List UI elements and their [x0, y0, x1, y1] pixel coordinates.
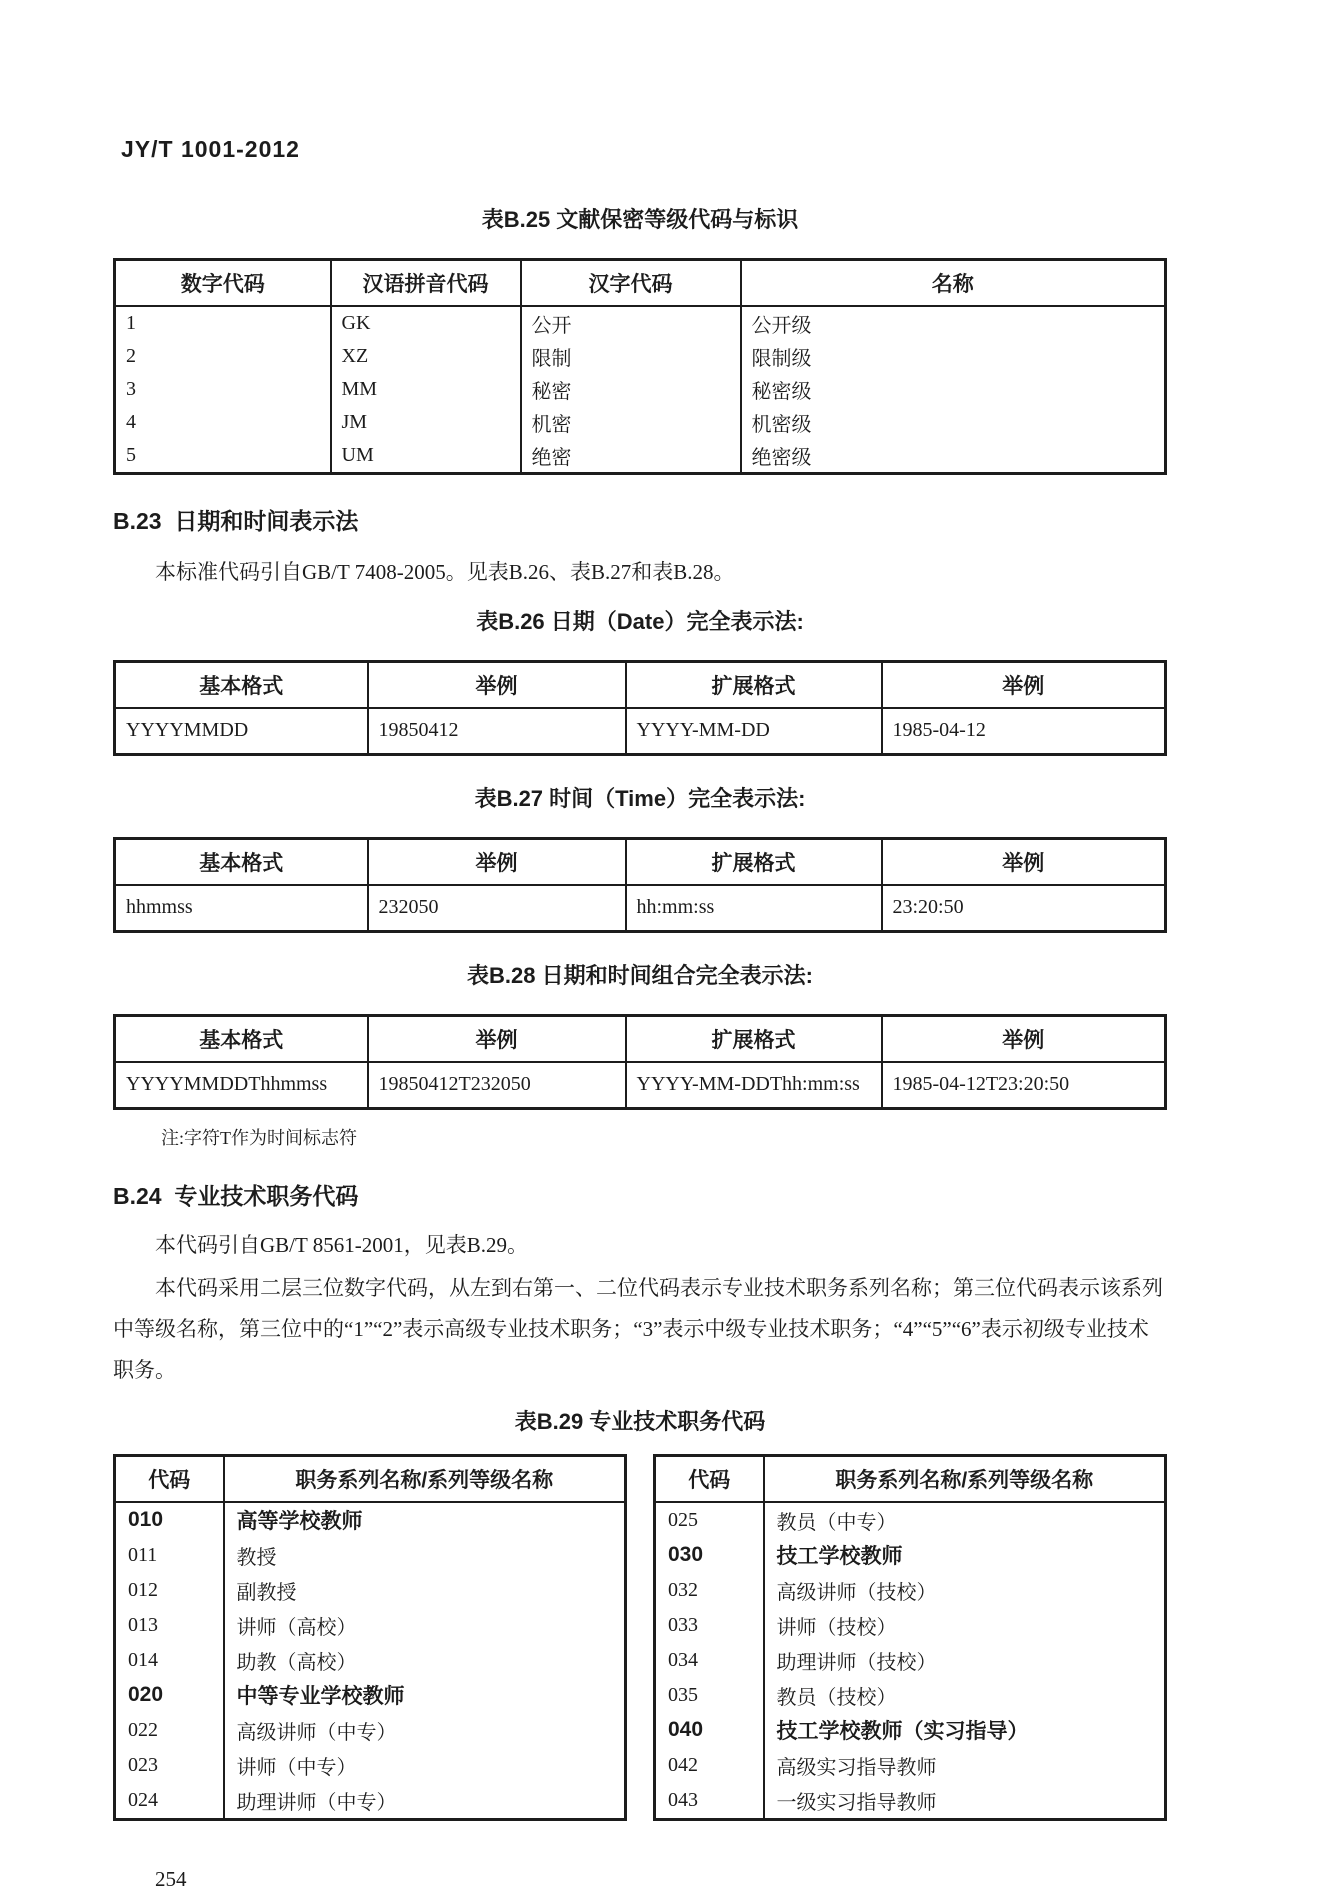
table-row: 023 讲师（中专） [115, 1748, 626, 1783]
table-cell: 公开级 [741, 306, 1166, 340]
table-row: 010 高等学校教师 [115, 1502, 626, 1538]
table-cell: 024 [115, 1783, 224, 1820]
table-cell: 023 [115, 1748, 224, 1783]
section-heading-b24: B.24 专业技术职务代码 [113, 1178, 1167, 1211]
table-b28: 基本格式 举例 扩展格式 举例 YYYYMMDDThhmmss 19850412… [113, 1014, 1167, 1110]
table-row: 012 副教授 [115, 1573, 626, 1608]
table-cell: 040 [655, 1713, 764, 1748]
table-cell: 19850412 [368, 708, 626, 755]
column-header: 数字代码 [115, 260, 331, 307]
table-b28-title: 表B.28 日期和时间组合完全表示法: [113, 959, 1167, 990]
table-row: 4 JM 机密 机密级 [115, 406, 1166, 439]
table-cell: 1985-04-12 [882, 708, 1166, 755]
table-row: 014 助教（高校） [115, 1643, 626, 1678]
table-cell: 022 [115, 1713, 224, 1748]
table-cell: 23:20:50 [882, 885, 1166, 932]
table-cell: 033 [655, 1608, 764, 1643]
table-cell: 中等专业学校教师 [224, 1678, 626, 1713]
table-cell: 教授 [224, 1538, 626, 1573]
table-row: 3 MM 秘密 秘密级 [115, 373, 1166, 406]
table-cell: 3 [115, 373, 331, 406]
table-cell: 限制 [521, 340, 741, 373]
table-row: 2 XZ 限制 限制级 [115, 340, 1166, 373]
column-header: 基本格式 [115, 838, 368, 885]
table-cell: YYYYMMDDThhmmss [115, 1062, 368, 1109]
table-cell: 034 [655, 1643, 764, 1678]
column-header: 举例 [368, 661, 626, 708]
column-header: 基本格式 [115, 1015, 368, 1062]
table-cell: 032 [655, 1573, 764, 1608]
column-header: 代码 [115, 1455, 224, 1502]
doc-number: JY/T 1001-2012 [121, 136, 1167, 163]
table-cell: 公开 [521, 306, 741, 340]
table-row: 033 讲师（技校） [655, 1608, 1166, 1643]
table-row: hhmmss 232050 hh:mm:ss 23:20:50 [115, 885, 1166, 932]
table-b29-right: 代码 职务系列名称/系列等级名称 025 教员（中专） 030 技工学校教师 0… [653, 1454, 1167, 1821]
table-row: 025 教员（中专） [655, 1502, 1166, 1538]
column-header: 举例 [882, 1015, 1166, 1062]
page-number: 254 [155, 1867, 1167, 1892]
table-cell: YYYY-MM-DDThh:mm:ss [626, 1062, 882, 1109]
column-header: 汉字代码 [521, 260, 741, 307]
table-row: 043 一级实习指导教师 [655, 1783, 1166, 1820]
table-row: 020 中等专业学校教师 [115, 1678, 626, 1713]
table-cell: JM [331, 406, 521, 439]
column-header: 名称 [741, 260, 1166, 307]
table-cell: 机密 [521, 406, 741, 439]
table-cell: 高级实习指导教师 [764, 1748, 1166, 1783]
table-cell: 5 [115, 439, 331, 474]
table-cell: 助理讲师（技校） [764, 1643, 1166, 1678]
table-row: YYYYMMDD 19850412 YYYY-MM-DD 1985-04-12 [115, 708, 1166, 755]
table-cell: 机密级 [741, 406, 1166, 439]
table-cell: 高等学校教师 [224, 1502, 626, 1538]
table-cell: 010 [115, 1502, 224, 1538]
table-b29: 代码 职务系列名称/系列等级名称 010 高等学校教师 011 教授 012 副… [113, 1454, 1167, 1821]
table-cell: 232050 [368, 885, 626, 932]
table-b25-title: 表B.25 文献保密等级代码与标识 [113, 203, 1167, 234]
table-cell: 助理讲师（中专） [224, 1783, 626, 1820]
paragraph: 本代码采用二层三位数字代码，从左到右第一、二位代码表示专业技术职务系列名称；第三… [113, 1268, 1167, 1391]
table-cell: 19850412T232050 [368, 1062, 626, 1109]
table-row: 034 助理讲师（技校） [655, 1643, 1166, 1678]
column-header: 扩展格式 [626, 838, 882, 885]
table-cell: GK [331, 306, 521, 340]
table-b27-title: 表B.27 时间（Time）完全表示法: [113, 782, 1167, 813]
table-header-row: 基本格式 举例 扩展格式 举例 [115, 1015, 1166, 1062]
table-cell: 讲师（高校） [224, 1608, 626, 1643]
table-cell: 教员（中专） [764, 1502, 1166, 1538]
table-cell: MM [331, 373, 521, 406]
table-row: 035 教员（技校） [655, 1678, 1166, 1713]
section-heading-b23: B.23 日期和时间表示法 [113, 503, 1167, 536]
table-cell: hhmmss [115, 885, 368, 932]
table-cell: 技工学校教师（实习指导） [764, 1713, 1166, 1748]
column-header: 举例 [882, 661, 1166, 708]
column-header: 举例 [368, 838, 626, 885]
table-cell: 4 [115, 406, 331, 439]
table-cell: 绝密级 [741, 439, 1166, 474]
table-row: 013 讲师（高校） [115, 1608, 626, 1643]
table-row: 032 高级讲师（技校） [655, 1573, 1166, 1608]
table-cell: 1985-04-12T23:20:50 [882, 1062, 1166, 1109]
table-cell: 助教（高校） [224, 1643, 626, 1678]
table-row: 042 高级实习指导教师 [655, 1748, 1166, 1783]
table-cell: YYYY-MM-DD [626, 708, 882, 755]
table-b27: 基本格式 举例 扩展格式 举例 hhmmss 232050 hh:mm:ss 2… [113, 837, 1167, 933]
table-b29-left: 代码 职务系列名称/系列等级名称 010 高等学校教师 011 教授 012 副… [113, 1454, 627, 1821]
table-cell: 013 [115, 1608, 224, 1643]
column-header: 职务系列名称/系列等级名称 [224, 1455, 626, 1502]
column-header: 代码 [655, 1455, 764, 1502]
table-cell: 秘密 [521, 373, 741, 406]
table-cell: 030 [655, 1538, 764, 1573]
table-b28-note: 注:字符T作为时间标志符 [161, 1124, 1167, 1150]
table-cell: 限制级 [741, 340, 1166, 373]
table-cell: 012 [115, 1573, 224, 1608]
table-b25: 数字代码 汉语拼音代码 汉字代码 名称 1 GK 公开 公开级 2 XZ 限制 … [113, 258, 1167, 475]
column-header: 扩展格式 [626, 1015, 882, 1062]
table-cell: YYYYMMDD [115, 708, 368, 755]
column-header: 举例 [368, 1015, 626, 1062]
table-cell: 042 [655, 1748, 764, 1783]
document-page: JY/T 1001-2012 表B.25 文献保密等级代码与标识 数字代码 汉语… [0, 0, 1323, 1871]
table-cell: 2 [115, 340, 331, 373]
table-cell: 讲师（技校） [764, 1608, 1166, 1643]
column-header: 扩展格式 [626, 661, 882, 708]
table-cell: 1 [115, 306, 331, 340]
table-cell: 秘密级 [741, 373, 1166, 406]
table-header-row: 代码 职务系列名称/系列等级名称 [655, 1455, 1166, 1502]
table-row: 5 UM 绝密 绝密级 [115, 439, 1166, 474]
table-cell: 教员（技校） [764, 1678, 1166, 1713]
table-cell: 绝密 [521, 439, 741, 474]
table-cell: 035 [655, 1678, 764, 1713]
table-cell: 一级实习指导教师 [764, 1783, 1166, 1820]
table-row: 011 教授 [115, 1538, 626, 1573]
table-cell: 高级讲师（技校） [764, 1573, 1166, 1608]
table-cell: 技工学校教师 [764, 1538, 1166, 1573]
table-cell: 高级讲师（中专） [224, 1713, 626, 1748]
table-row: 024 助理讲师（中专） [115, 1783, 626, 1820]
table-cell: 025 [655, 1502, 764, 1538]
column-header: 基本格式 [115, 661, 368, 708]
table-header-row: 基本格式 举例 扩展格式 举例 [115, 838, 1166, 885]
table-row: 040 技工学校教师（实习指导） [655, 1713, 1166, 1748]
table-cell: 副教授 [224, 1573, 626, 1608]
table-cell: 043 [655, 1783, 764, 1820]
table-row: 022 高级讲师（中专） [115, 1713, 626, 1748]
table-row: 030 技工学校教师 [655, 1538, 1166, 1573]
table-cell: XZ [331, 340, 521, 373]
table-row: YYYYMMDDThhmmss 19850412T232050 YYYY-MM-… [115, 1062, 1166, 1109]
table-cell: 011 [115, 1538, 224, 1573]
table-b26-title: 表B.26 日期（Date）完全表示法: [113, 605, 1167, 636]
table-row: 1 GK 公开 公开级 [115, 306, 1166, 340]
table-cell: 020 [115, 1678, 224, 1713]
table-header-row: 基本格式 举例 扩展格式 举例 [115, 661, 1166, 708]
table-cell: 讲师（中专） [224, 1748, 626, 1783]
table-cell: UM [331, 439, 521, 474]
table-header-row: 代码 职务系列名称/系列等级名称 [115, 1455, 626, 1502]
paragraph: 本标准代码引自GB/T 7408-2005。见表B.26、表B.27和表B.28… [113, 552, 1167, 593]
column-header: 举例 [882, 838, 1166, 885]
table-cell: hh:mm:ss [626, 885, 882, 932]
table-header-row: 数字代码 汉语拼音代码 汉字代码 名称 [115, 260, 1166, 307]
column-header: 职务系列名称/系列等级名称 [764, 1455, 1166, 1502]
paragraph: 本代码引自GB/T 8561-2001，见表B.29。 [113, 1225, 1167, 1266]
table-b29-title: 表B.29 专业技术职务代码 [113, 1405, 1167, 1436]
table-b26: 基本格式 举例 扩展格式 举例 YYYYMMDD 19850412 YYYY-M… [113, 660, 1167, 756]
table-cell: 014 [115, 1643, 224, 1678]
column-header: 汉语拼音代码 [331, 260, 521, 307]
